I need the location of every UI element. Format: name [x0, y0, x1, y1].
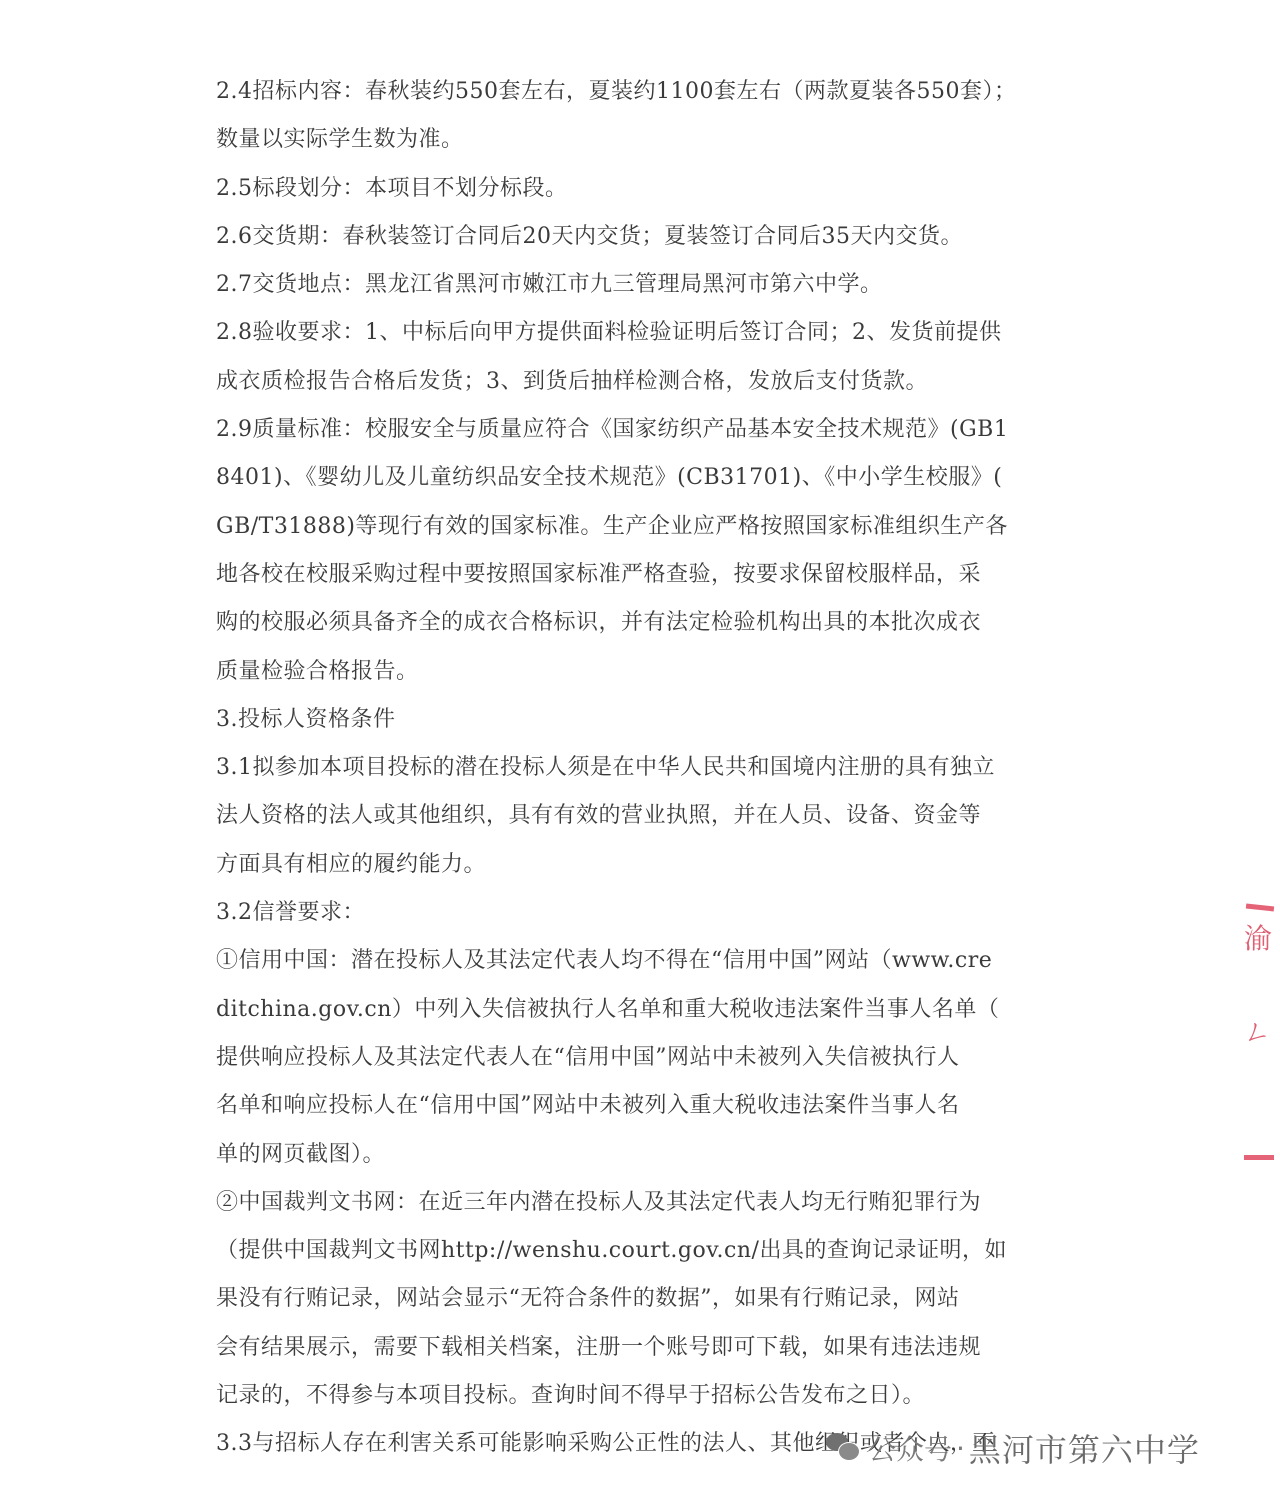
text-line: （提供中国裁判文书网http://wenshu.court.gov.cn/出具的…	[216, 1227, 1076, 1275]
text-line: ditchina.gov.cn）中列入失信被执行人名单和重大税收违法案件当事人名…	[216, 986, 1076, 1034]
text-line: ②中国裁判文书网：在近三年内潜在投标人及其法定代表人均无行贿犯罪行为	[216, 1179, 1076, 1227]
stamp-border-top	[1246, 904, 1274, 912]
text-line: 购的校服必须具备齐全的成衣合格标识，并有法定检验机构出具的本批次成衣	[216, 599, 1076, 647]
text-line: 2.8验收要求：1、中标后向甲方提供面料检验证明后签订合同；2、发货前提供	[216, 309, 1076, 357]
watermark-label: 公众号	[868, 1428, 952, 1468]
subsection-heading: 3.2信誉要求：	[216, 889, 1076, 937]
text-line: 名单和响应投标人在“信用中国”网站中未被列入重大税收违法案件当事人名	[216, 1082, 1076, 1130]
wechat-watermark: 公众号 · 黑河市第六中学	[826, 1428, 1200, 1468]
text-line: 会有结果展示，需要下载相关档案，注册一个账号即可下载，如果有违法违规	[216, 1324, 1076, 1372]
stamp-border-bottom	[1244, 1155, 1274, 1160]
seal-stamp-fragment: 渝 ㄥ	[1240, 905, 1276, 1165]
text-line: GB/T31888)等现行有效的国家标准。生产企业应严格按照国家标准组织生产各	[216, 503, 1076, 551]
text-line: 地各校在校服采购过程中要按照国家标准严格查验，按要求保留校服样品，采	[216, 551, 1076, 599]
text-line: 单的网页截图）。	[216, 1131, 1076, 1179]
text-line: ①信用中国：潜在投标人及其法定代表人均不得在“信用中国”网站（www.cre	[216, 937, 1076, 985]
text-line: 法人资格的法人或其他组织，具有有效的营业执照，并在人员、设备、资金等	[216, 792, 1076, 840]
stamp-glyph: ㄥ	[1239, 1008, 1274, 1052]
wechat-icon	[826, 1433, 860, 1463]
text-line: 2.9质量标准：校服安全与质量应符合《国家纺织产品基本安全技术规范》(GB1	[216, 406, 1076, 454]
text-line: 8401)、《婴幼儿及儿童纺织品安全技术规范》(CB31701)、《中小学生校服…	[216, 454, 1076, 502]
watermark-separator: ·	[956, 1432, 965, 1465]
text-line: 质量检验合格报告。	[216, 648, 1076, 696]
text-line: 记录的，不得参与本项目投标。查询时间不得早于招标公告发布之日）。	[216, 1372, 1076, 1420]
text-line: 方面具有相应的履约能力。	[216, 841, 1076, 889]
text-line: 3.1拟参加本项目投标的潜在投标人须是在中华人民共和国境内注册的具有独立	[216, 744, 1076, 792]
section-heading: 3.投标人资格条件	[216, 696, 1076, 744]
text-line: 2.6交货期：春秋装签订合同后20天内交货；夏装签订合同后35天内交货。	[216, 213, 1076, 261]
stamp-glyph: 渝	[1244, 917, 1272, 957]
text-line: 提供响应投标人及其法定代表人在“信用中国”网站中未被列入失信被执行人	[216, 1034, 1076, 1082]
text-line: 2.4招标内容：春秋装约550套左右，夏装约1100套左右（两款夏装各550套）…	[216, 68, 1076, 116]
text-line: 2.5标段划分：本项目不划分标段。	[216, 165, 1076, 213]
text-line: 成衣质检报告合格后发货；3、到货后抽样检测合格，发放后支付货款。	[216, 358, 1076, 406]
watermark-account-name: 黑河市第六中学	[969, 1425, 1200, 1471]
text-line: 数量以实际学生数为准。	[216, 116, 1076, 164]
document-page: 2.4招标内容：春秋装约550套左右，夏装约1100套左右（两款夏装各550套）…	[216, 68, 1076, 1469]
text-line: 果没有行贿记录，网站会显示“无符合条件的数据”，如果有行贿记录，网站	[216, 1275, 1076, 1323]
text-line: 2.7交货地点：黑龙江省黑河市嫩江市九三管理局黑河市第六中学。	[216, 261, 1076, 309]
